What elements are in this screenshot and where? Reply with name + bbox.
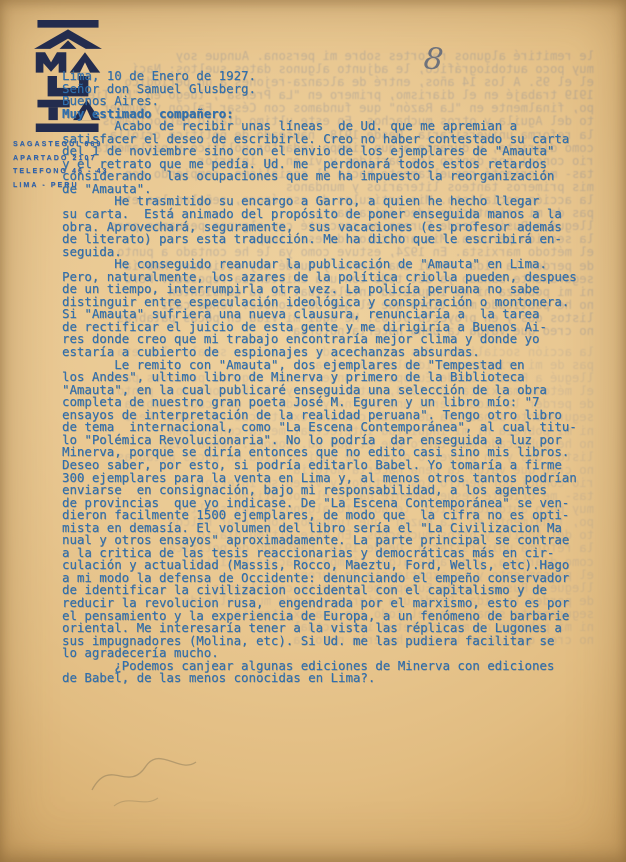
paragraph-5: ¿Podemos canjear algunas ediciones de Mi…	[62, 660, 614, 685]
letter-body: Lima, 10 de Enero de 1927. Señor don Sam…	[62, 70, 614, 685]
paragraph-3: He conseguido reanudar la publicación de…	[62, 258, 614, 358]
paragraph-2: He trasmitido su encargo a Garro, a quie…	[62, 195, 614, 258]
paragraph-4: Le remito con "Amauta", dos ejemplares d…	[62, 359, 614, 660]
letter-scan-page: le remitiré algunos recortes sobre mi pe…	[0, 0, 626, 862]
paragraph-1: Acabo de recibir unas líneas de Ud. que …	[62, 120, 614, 195]
pencil-scribble	[84, 744, 254, 814]
